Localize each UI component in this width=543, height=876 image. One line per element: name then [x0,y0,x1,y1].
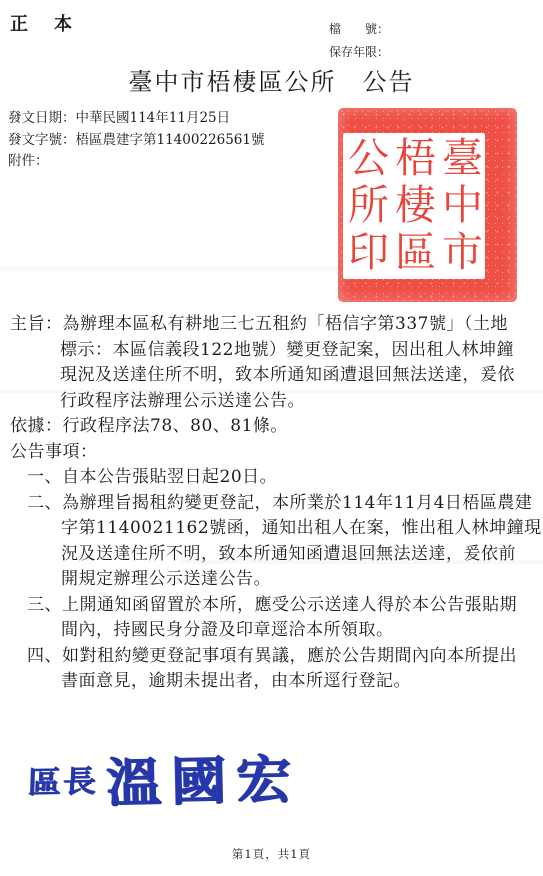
items-heading: 公告事項： [10,440,543,466]
basis-text: 行政程序法78、80、81條。 [63,416,288,436]
subject-line: 行政程序法辦理公示送達公告。 [60,389,543,415]
signature-title: 區長 [27,757,99,802]
item-4-text: 如對租約變更登記事項有異議，應於公告期間內向本所提出 [62,646,517,666]
item-2-line: 字第1140021162號函，通知出租人在案，惟出租人林坤鐘現 [61,516,543,542]
document-title: 臺中市梧棲區公所 公告 [0,62,543,97]
item-2-line: 況及送達住所不明，致本所通知函遭退回無法送達，爰依前 [61,542,543,568]
item-2-line: 二、為辦理旨揭租約變更登記，本所業於114年11月4日梧區農建 [27,491,543,517]
item-4-line: 書面意見，逾期未提出者，由本所逕行登記。 [61,669,543,695]
document-body: 主旨：為辦理本區私有耕地三七五租約「梧信字第337號」（土地 標示：本區信義段1… [0,312,543,695]
subject-line: 現況及送達住所不明，致本所通知函遭退回無法送達，爰依 [60,363,543,389]
subject-label: 主旨： [10,314,63,334]
seal-inner-square: 臺中市梧棲區公所印 [343,133,485,279]
issue-meta-block: 發文日期：中華民國114年11月25日 發文字號：梧區農建字第114002265… [8,108,264,173]
basis-label: 依據： [10,416,63,436]
item-2-line: 開規定辦理公示送達公告。 [61,567,543,593]
copy-type-label: 正 本 [10,10,76,36]
item-1-number: 一、 [27,467,62,487]
document-number: 發文字號：梧區農建字第11400226561號 [8,130,264,152]
item-3-number: 三、 [27,595,62,615]
subject-line: 標示：本區信義段122地號）變更登記案，因出租人林坤鐘 [60,338,543,364]
subject-text: 為辦理本區私有耕地三七五租約「梧信字第337號」（土地 [63,314,508,334]
scan-streak-artifact [0,266,340,271]
official-red-seal: 臺中市梧棲區公所印 [338,108,517,302]
signature-name: 溫國宏 [105,737,302,816]
seal-inscription: 臺中市梧棲區公所印 [343,133,485,279]
page-number-footer: 第1頁，共1頁 [0,846,543,862]
archive-info-block: 檔 號： 保存年限： [329,18,389,64]
item-2-number: 二、 [27,493,62,513]
issue-date: 發文日期：中華民國114年11月25日 [8,108,264,130]
item-1-line: 一、自本公告張貼翌日起20日。 [27,465,543,491]
item-3-line: 間內，持國民身分證及印章逕洽本所領取。 [61,618,543,644]
item-4-line: 四、如對租約變更登記事項有異議，應於公告期間內向本所提出 [27,644,543,670]
district-chief-signature: 區長 溫國宏 [27,735,302,820]
announcement-document-page: 正 本 檔 號： 保存年限： 臺中市梧棲區公所 公告 發文日期：中華民國114年… [0,0,543,876]
retention-period-label: 保存年限： [329,41,389,64]
basis-line: 依據：行政程序法78、80、81條。 [10,414,543,440]
file-number-label: 檔 號： [329,18,389,41]
item-1-text: 自本公告張貼翌日起20日。 [62,467,277,487]
attachment-label: 附件： [8,151,264,173]
subject-line: 主旨：為辦理本區私有耕地三七五租約「梧信字第337號」（土地 [10,312,543,338]
item-4-number: 四、 [27,646,62,666]
item-2-text: 為辦理旨揭租約變更登記，本所業於114年11月4日梧區農建 [62,493,532,513]
item-3-text: 上開通知函留置於本所，應受公示送達人得於本公告張貼期 [62,595,517,615]
item-3-line: 三、上開通知函留置於本所，應受公示送達人得於本公告張貼期 [27,593,543,619]
